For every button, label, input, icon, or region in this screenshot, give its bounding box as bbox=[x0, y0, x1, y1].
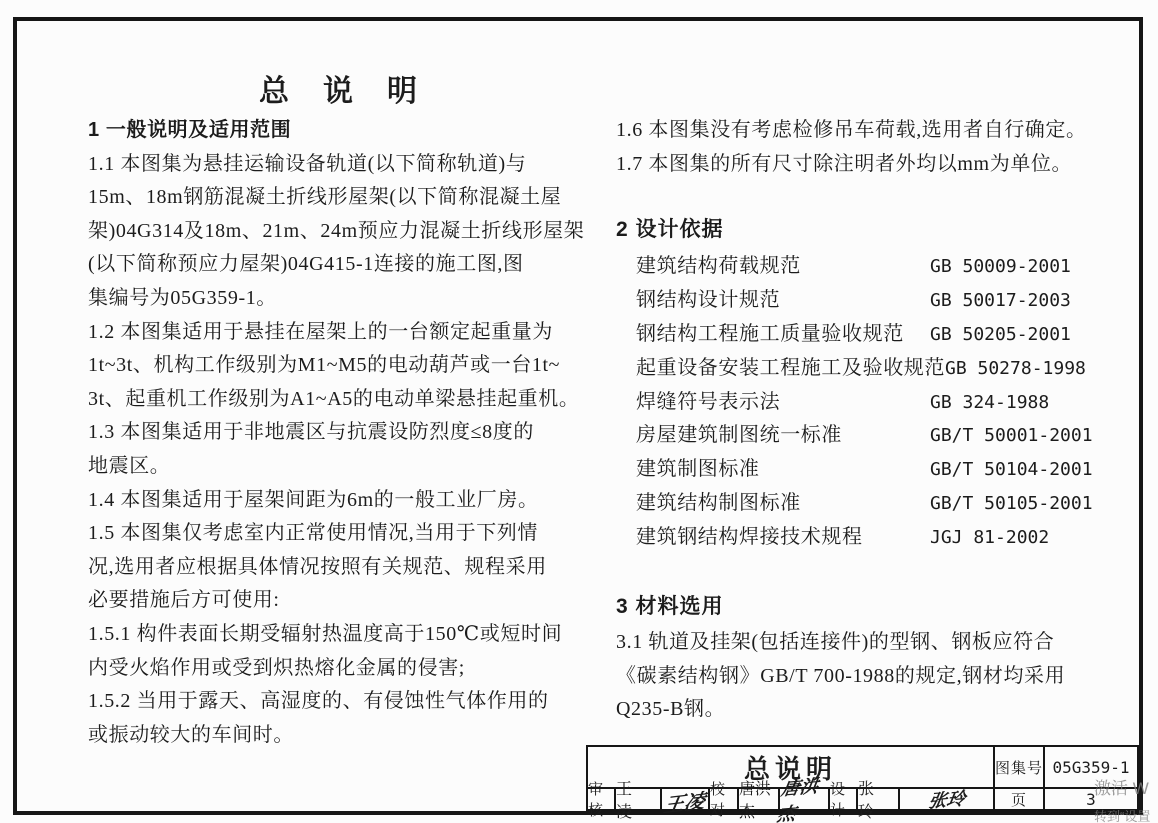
section-2-heading: 2 设计依据 bbox=[616, 213, 724, 243]
standard-row: 建筑钢结构焊接技术规程 JGJ 81-2002 bbox=[636, 521, 1139, 555]
text-line: 或振动较大的车间时。 bbox=[88, 719, 590, 753]
reviewer-label: 审核 bbox=[588, 789, 614, 809]
text-line: 况,选用者应根据具体情况按照有关规范、规程采用 bbox=[88, 551, 590, 585]
standard-row: 建筑结构制图标准 GB/T 50105-2001 bbox=[636, 487, 1139, 521]
atlas-number-label: 图集号 bbox=[993, 747, 1043, 787]
text-line: 必要措施后方可使用: bbox=[88, 584, 590, 618]
text-line: 3.1 轨道及挂架(包括连接件)的型钢、钢板应符合 bbox=[616, 626, 1118, 660]
standard-code: GB/T 50104-2001 bbox=[930, 453, 1093, 487]
text-line: 1.1 本图集为悬挂运输设备轨道(以下简称轨道)与 bbox=[88, 148, 590, 182]
title-block-row-2: 审核 王 凌 王凌 校对 唐洪杰 唐洪杰 设计 张 玲 张玲 页 3 bbox=[588, 787, 1137, 809]
standard-code: GB 50009-2001 bbox=[930, 250, 1071, 284]
standard-name: 房屋建筑制图统一标准 bbox=[636, 419, 930, 453]
text-line: 1.2 本图集适用于悬挂在屋架上的一台额定起重量为 bbox=[88, 316, 590, 350]
page-label: 页 bbox=[993, 789, 1043, 809]
standard-code: GB 50278-1998 bbox=[945, 352, 1086, 386]
standard-row: 起重设备安装工程施工及验收规范 GB 50278-1998 bbox=[636, 352, 1139, 386]
text-line: 1.5.1 构件表面长期受辐射热温度高于150℃或短时间 bbox=[88, 618, 590, 652]
text-line: 1.6 本图集没有考虑检修吊车荷载,选用者自行确定。 bbox=[616, 114, 1118, 148]
text-line: 《碳素结构钢》GB/T 700-1988的规定,钢材均采用 bbox=[616, 660, 1118, 694]
standard-row: 建筑结构荷载规范 GB 50009-2001 bbox=[636, 250, 1139, 284]
standard-code: GB/T 50105-2001 bbox=[930, 487, 1093, 521]
text-line: (以下简称预应力屋架)04G415-1连接的施工图,图 bbox=[88, 248, 590, 282]
standard-row: 钢结构设计规范 GB 50017-2003 bbox=[636, 284, 1139, 318]
design-standards-list: 建筑结构荷载规范 GB 50009-2001 钢结构设计规范 GB 50017-… bbox=[636, 250, 1139, 555]
standard-code: GB 50017-2003 bbox=[930, 284, 1071, 318]
text-line: 1.3 本图集适用于非地震区与抗震设防烈度≤8度的 bbox=[88, 416, 590, 450]
text-line: 架)04G314及18m、21m、24m预应力混凝土折线形屋架 bbox=[88, 215, 590, 249]
text-line: 3t、起重机工作级别为A1~A5的电动单梁悬挂起重机。 bbox=[88, 383, 590, 417]
text-line: 15m、18m钢筋混凝土折线形屋架(以下简称混凝土屋 bbox=[88, 181, 590, 215]
standard-name: 钢结构工程施工质量验收规范 bbox=[636, 318, 930, 352]
text-line: 1.4 本图集适用于屋架间距为6m的一般工业厂房。 bbox=[88, 484, 590, 518]
text-line: 集编号为05G359-1。 bbox=[88, 282, 590, 316]
standard-code: JGJ 81-2002 bbox=[930, 521, 1049, 555]
text-line: Q235-B钢。 bbox=[616, 693, 1118, 727]
standard-code: GB 50205-2001 bbox=[930, 318, 1071, 352]
left-column: 1 一般说明及适用范围 1.1 本图集为悬挂运输设备轨道(以下简称轨道)与 15… bbox=[88, 114, 590, 752]
text-line: 地震区。 bbox=[88, 450, 590, 484]
standard-name: 建筑制图标准 bbox=[636, 453, 930, 487]
right-column-top: 1.6 本图集没有考虑检修吊车荷载,选用者自行确定。 1.7 本图集的所有尺寸除… bbox=[616, 114, 1118, 181]
proofreader-label: 校对 bbox=[708, 789, 737, 809]
proofreader-signature: 唐洪杰 bbox=[778, 789, 828, 809]
designer-signature: 张玲 bbox=[898, 789, 993, 809]
page-title: 总 说 明 bbox=[88, 66, 590, 110]
standard-row: 钢结构工程施工质量验收规范 GB 50205-2001 bbox=[636, 318, 1139, 352]
standard-code: GB/T 50001-2001 bbox=[930, 419, 1093, 453]
standard-name: 建筑钢结构焊接技术规程 bbox=[636, 521, 930, 555]
standard-row: 建筑制图标准 GB/T 50104-2001 bbox=[636, 453, 1139, 487]
proofreader-name: 唐洪杰 bbox=[737, 789, 778, 809]
text-line: 1.5 本图集仅考虑室内正常使用情况,当用于下列情 bbox=[88, 517, 590, 551]
standard-name: 钢结构设计规范 bbox=[636, 284, 930, 318]
text-line: 1t~3t、机构工作级别为M1~M5的电动葫芦或一台1t~ bbox=[88, 349, 590, 383]
title-block: 总说明 图集号 05G359-1 审核 王 凌 王凌 校对 唐洪杰 唐洪杰 设计… bbox=[586, 745, 1139, 811]
standard-name: 焊缝符号表示法 bbox=[636, 386, 930, 420]
text-line: 1.5.2 当用于露天、高湿度的、有侵蚀性气体作用的 bbox=[88, 685, 590, 719]
designer-name: 张 玲 bbox=[856, 789, 898, 809]
right-column-bottom: 3.1 轨道及挂架(包括连接件)的型钢、钢板应符合 《碳素结构钢》GB/T 70… bbox=[616, 626, 1118, 727]
standard-row: 房屋建筑制图统一标准 GB/T 50001-2001 bbox=[636, 419, 1139, 453]
standard-name: 建筑结构制图标准 bbox=[636, 487, 930, 521]
watermark-line-2: 转到“设置 bbox=[1094, 806, 1150, 823]
standard-code: GB 324-1988 bbox=[930, 386, 1049, 420]
activate-windows-watermark: 激活 W 转到“设置 bbox=[1094, 774, 1150, 823]
standard-name: 建筑结构荷载规范 bbox=[636, 250, 930, 284]
standard-row: 焊缝符号表示法 GB 324-1988 bbox=[636, 386, 1139, 420]
section-3-heading: 3 材料选用 bbox=[616, 590, 724, 620]
watermark-line-1: 激活 W bbox=[1094, 774, 1150, 799]
reviewer-signature: 王凌 bbox=[660, 789, 708, 809]
reviewer-name: 王 凌 bbox=[614, 789, 660, 809]
text-line: 1 一般说明及适用范围 bbox=[88, 114, 590, 148]
text-line: 1.7 本图集的所有尺寸除注明者外均以mm为单位。 bbox=[616, 148, 1118, 182]
designer-label: 设计 bbox=[828, 789, 856, 809]
standard-name: 起重设备安装工程施工及验收规范 bbox=[636, 352, 945, 386]
text-line: 内受火焰作用或受到炽热熔化金属的侵害; bbox=[88, 652, 590, 686]
